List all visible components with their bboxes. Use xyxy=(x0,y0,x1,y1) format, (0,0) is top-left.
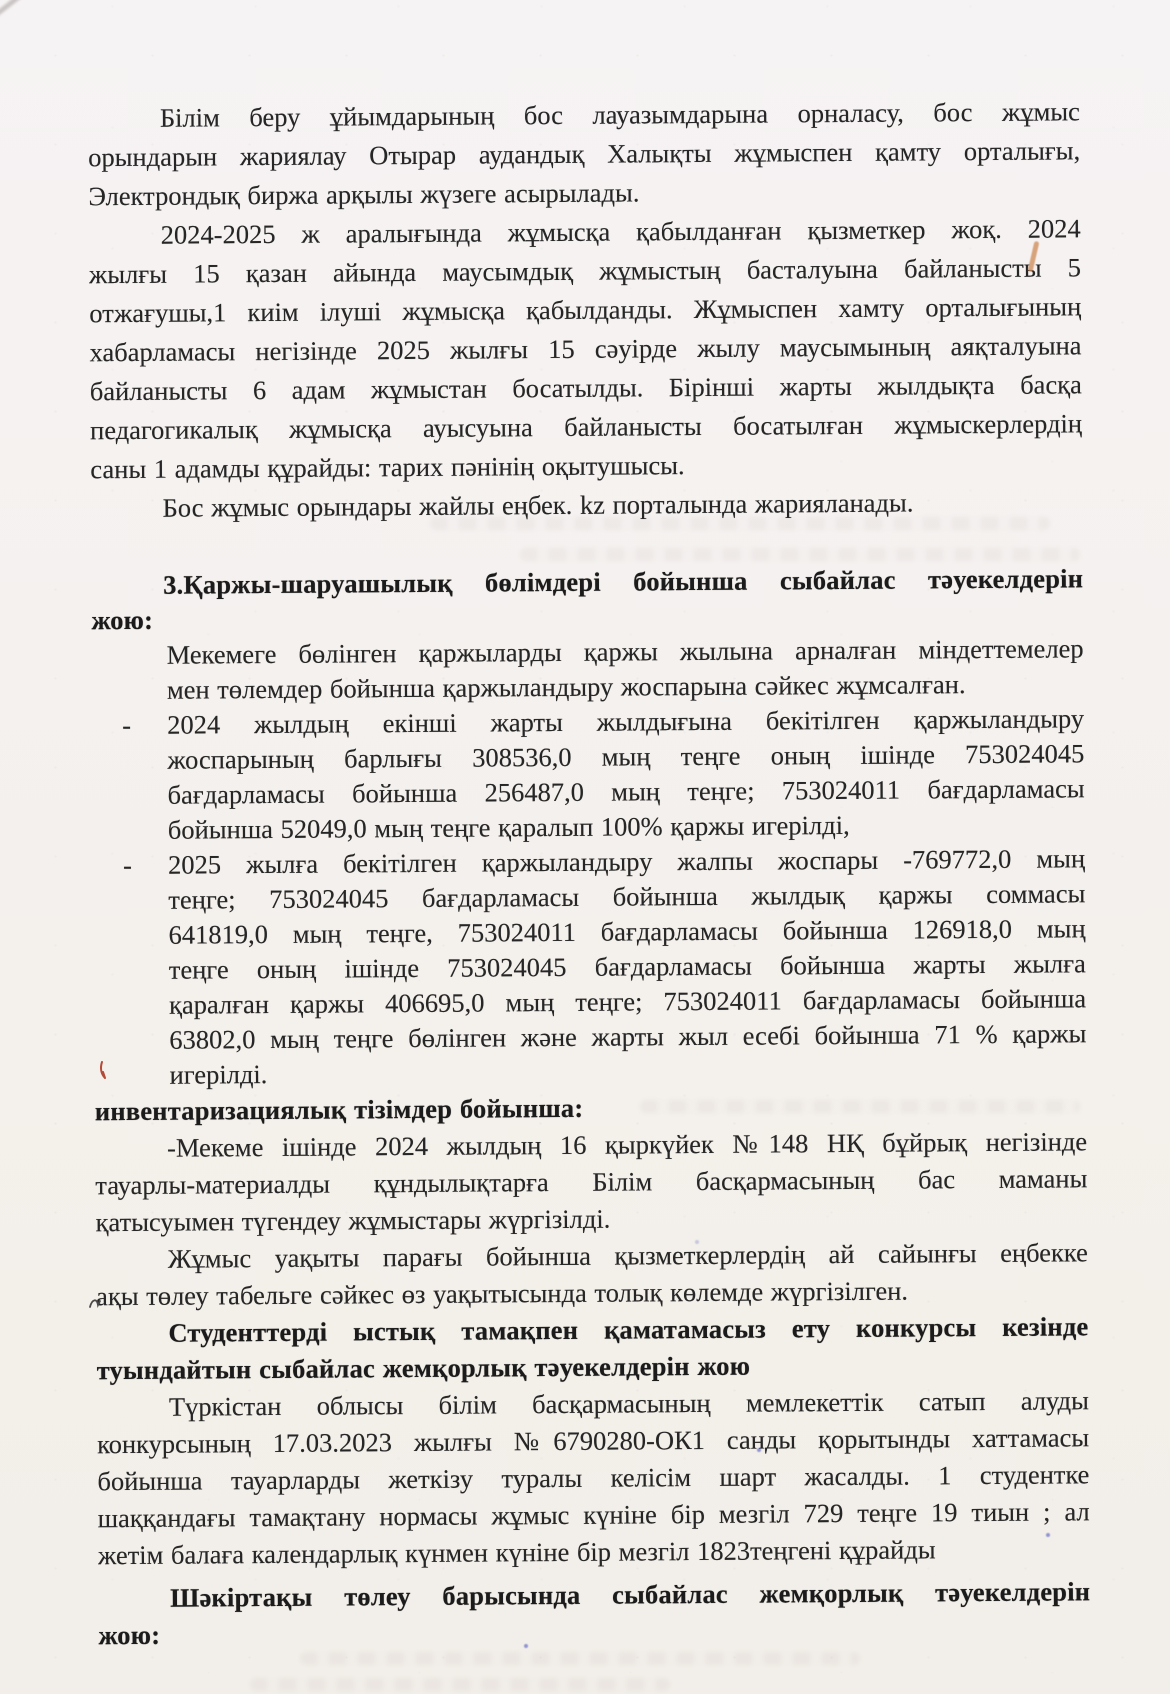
line-text: жылғы 15 қазан айында маусымдық жұмыстың… xyxy=(89,252,1081,289)
line-text: -Мекеме ішінде 2024 жылдың 16 қыркүйек №… xyxy=(167,1126,1087,1162)
line-text: 2025 жылға бекітілген қаржыландыру жалпы… xyxy=(168,843,1085,879)
line-text: Электрондық биржа арқылы жүзеге асырылад… xyxy=(88,177,639,211)
body-line: 2024-2025 ж аралығында жұмысқа қабылданғ… xyxy=(89,209,1081,255)
bleed-through-smudge xyxy=(300,1652,860,1665)
scanned-document: { "page": { "paper_color": "#f5f1ef", "i… xyxy=(0,0,1170,1694)
list-dash-icon: - xyxy=(123,848,132,883)
line-text: қатысуымен түгендеу жұмыстары жүргізілді… xyxy=(96,1204,611,1238)
line-text: бағдарламасы бойынша 256487,0 мың теңге;… xyxy=(168,773,1085,809)
body-line: Электрондық биржа арқылы жүзеге асырылад… xyxy=(88,170,1080,216)
body-line: педагогикалық жұмысқа ауысуына байланыст… xyxy=(90,404,1082,450)
line-text: теңге; 753024045 бағдарламасы бойынша жы… xyxy=(168,878,1085,914)
line-text: жетім балаға календарлық күнмен күніне б… xyxy=(98,1534,936,1570)
line-text: жою: xyxy=(98,1620,160,1650)
line-text: 641819,0 мың теңге, 753024011 бағдарлама… xyxy=(168,913,1085,949)
body-line: саны 1 адамды құрайды: тарих пәнінің оқы… xyxy=(90,443,1082,489)
line-text: бойынша 52049,0 мың теңге қаралып 100% қ… xyxy=(168,810,850,845)
body-line: Білім беру ұйымдарының бос лауазымдарына… xyxy=(88,92,1080,138)
line-text: Мекемеге бөлінген қаржыларды қаржы жылын… xyxy=(167,633,1084,669)
line-text: саны 1 адамды құрайды: тарих пәнінің оқы… xyxy=(90,450,684,484)
line-text: Білім беру ұйымдарының бос лауазымдарына… xyxy=(160,96,1080,132)
line-text: 3.Қаржы-шаруашылық бөлімдері бойынша сыб… xyxy=(163,563,1083,599)
body-line: хабарламасы негізінде 2025 жылғы 15 сәуі… xyxy=(89,326,1081,372)
line-text: орындарын жариялау Отырар аудандық Халық… xyxy=(88,135,1080,172)
line-text: отжағушы,1 киім ілуші жұмысқа қабылданды… xyxy=(89,291,1081,328)
line-text: бойынша тауарларды жеткізу туралы келісі… xyxy=(97,1459,1089,1496)
line-text: шаққандағы тамақтану нормасы жұмыс күнін… xyxy=(98,1496,1090,1533)
body-line: отжағушы,1 киім ілуші жұмысқа қабылданды… xyxy=(89,287,1081,333)
body-line: Бос жұмыс орындары жайлы еңбек. kz порта… xyxy=(90,482,1082,528)
heading-line: жою: xyxy=(98,1610,1090,1654)
body-line: байланысты 6 адам жұмыстан босатылды. Бі… xyxy=(90,365,1082,411)
line-text: Жұмыс уақыты парағы бойынша қызметкерлер… xyxy=(168,1237,1088,1273)
line-text: тауарлы-материалды құндылықтарға Білім б… xyxy=(95,1163,1087,1200)
line-text: жою: xyxy=(91,605,153,635)
line-text: қаралған қаржы 406695,0 мың теңге; 75302… xyxy=(169,983,1086,1019)
line-text: мен төлемдер бойынша қаржыландыру жоспар… xyxy=(167,669,966,705)
line-text: туындайтын сыбайлас жемқорлық тәуекелдер… xyxy=(97,1351,751,1386)
line-text: инвентаризациялық тізімдер бойынша: xyxy=(95,1093,584,1126)
list-dash-icon: - xyxy=(122,708,131,743)
scan-artifact-corner xyxy=(0,0,24,17)
line-text: 2024-2025 ж аралығында жұмысқа қабылданғ… xyxy=(161,213,1081,249)
line-text: Түркістан облысы білім басқармасының мем… xyxy=(169,1385,1089,1421)
line-text: ақы төлеу табельге сәйкес өз уақытысында… xyxy=(96,1276,908,1312)
line-text: игерілді. xyxy=(169,1059,267,1090)
document-text: Білім беру ұйымдарының бос лауазымдарына… xyxy=(88,92,1091,1654)
line-text: педагогикалық жұмысқа ауысуына байланыст… xyxy=(90,408,1082,445)
line-text: Бос жұмыс орындары жайлы еңбек. kz порта… xyxy=(163,487,914,522)
line-text: байланысты 6 адам жұмыстан босатылды. Бі… xyxy=(90,369,1082,406)
body-line: орындарын жариялау Отырар аудандық Халық… xyxy=(88,131,1080,177)
line-text: Студенттерді ыстық тамақпен қаматамасыз … xyxy=(168,1311,1088,1347)
line-text: 63802,0 мың теңге бөлінген және жарты жы… xyxy=(169,1018,1086,1054)
body-line: жетім балаға календарлық күнмен күніне б… xyxy=(98,1530,1090,1574)
line-text: теңге оның ішінде 753024045 бағдарламасы… xyxy=(169,948,1086,984)
document-page: Білім беру ұйымдарының бос лауазымдарына… xyxy=(87,0,1091,1654)
line-text: Шәкіртақы төлеу барысында сыбайлас жемқо… xyxy=(170,1576,1090,1612)
line-text: хабарламасы негізінде 2025 жылғы 15 сәуі… xyxy=(89,330,1081,367)
line-text: жоспарының барлығы 308536,0 мың теңге он… xyxy=(167,738,1084,774)
line-text: 2024 жылдың екінші жарты жылдығына бекіт… xyxy=(167,703,1084,739)
bleed-through-smudge xyxy=(250,1678,670,1691)
body-line: жылғы 15 қазан айында маусымдық жұмыстың… xyxy=(89,248,1081,294)
line-text: конкурсының 17.03.2023 жылғы №6790280-ОК… xyxy=(97,1422,1089,1459)
